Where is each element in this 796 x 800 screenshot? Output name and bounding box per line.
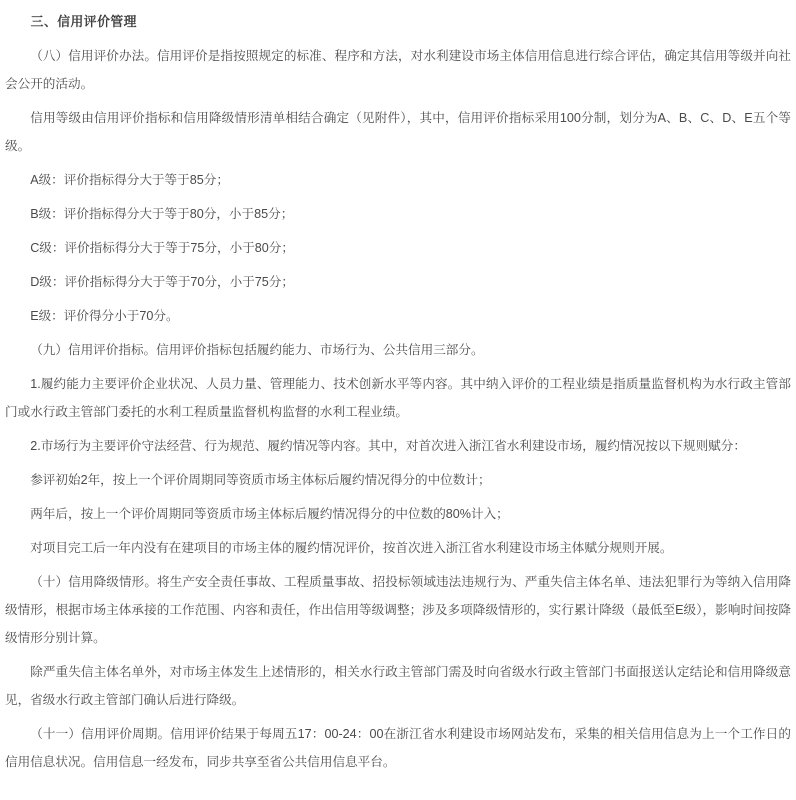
paragraph: （十一）信用评价周期。信用评价结果于每周五17：00-24：00在浙江省水利建设… — [5, 720, 791, 776]
paragraph: （八）信用评价办法。信用评价是指按照规定的标准、程序和方法，对水利建设市场主体信… — [5, 42, 791, 98]
paragraph: 对项目完工后一年内没有在建项目的市场主体的履约情况评价，按首次进入浙江省水利建设… — [5, 534, 791, 562]
paragraph: 除严重失信主体名单外，对市场主体发生上述情形的，相关水行政主管部门需及时向省级水… — [5, 658, 791, 714]
paragraph: D级：评价指标得分大于等于70分，小于75分； — [5, 268, 791, 296]
document-body: 三、信用评价管理 （八）信用评价办法。信用评价是指按照规定的标准、程序和方法，对… — [0, 0, 796, 800]
paragraph: 信用等级由信用评价指标和信用降级情形清单相结合确定（见附件），其中，信用评价指标… — [5, 104, 791, 160]
paragraph: 参评初始2年，按上一个评价周期同等资质市场主体标后履约情况得分的中位数计； — [5, 466, 791, 494]
paragraph-list: （八）信用评价办法。信用评价是指按照规定的标准、程序和方法，对水利建设市场主体信… — [5, 42, 791, 776]
paragraph: 2.市场行为主要评价守法经营、行为规范、履约情况等内容。其中，对首次进入浙江省水… — [5, 432, 791, 460]
paragraph: B级：评价指标得分大于等于80分，小于85分； — [5, 200, 791, 228]
paragraph: 1.履约能力主要评价企业状况、人员力量、管理能力、技术创新水平等内容。其中纳入评… — [5, 370, 791, 426]
paragraph: E级：评价得分小于70分。 — [5, 302, 791, 330]
paragraph: 两年后，按上一个评价周期同等资质市场主体标后履约情况得分的中位数的80%计入； — [5, 500, 791, 528]
paragraph: C级：评价指标得分大于等于75分，小于80分； — [5, 234, 791, 262]
document-title: 三、信用评价管理 — [5, 8, 791, 36]
paragraph: （九）信用评价指标。信用评价指标包括履约能力、市场行为、公共信用三部分。 — [5, 336, 791, 364]
paragraph: （十）信用降级情形。将生产安全责任事故、工程质量事故、招投标领域违法违规行为、严… — [5, 568, 791, 652]
paragraph: A级：评价指标得分大于等于85分； — [5, 166, 791, 194]
